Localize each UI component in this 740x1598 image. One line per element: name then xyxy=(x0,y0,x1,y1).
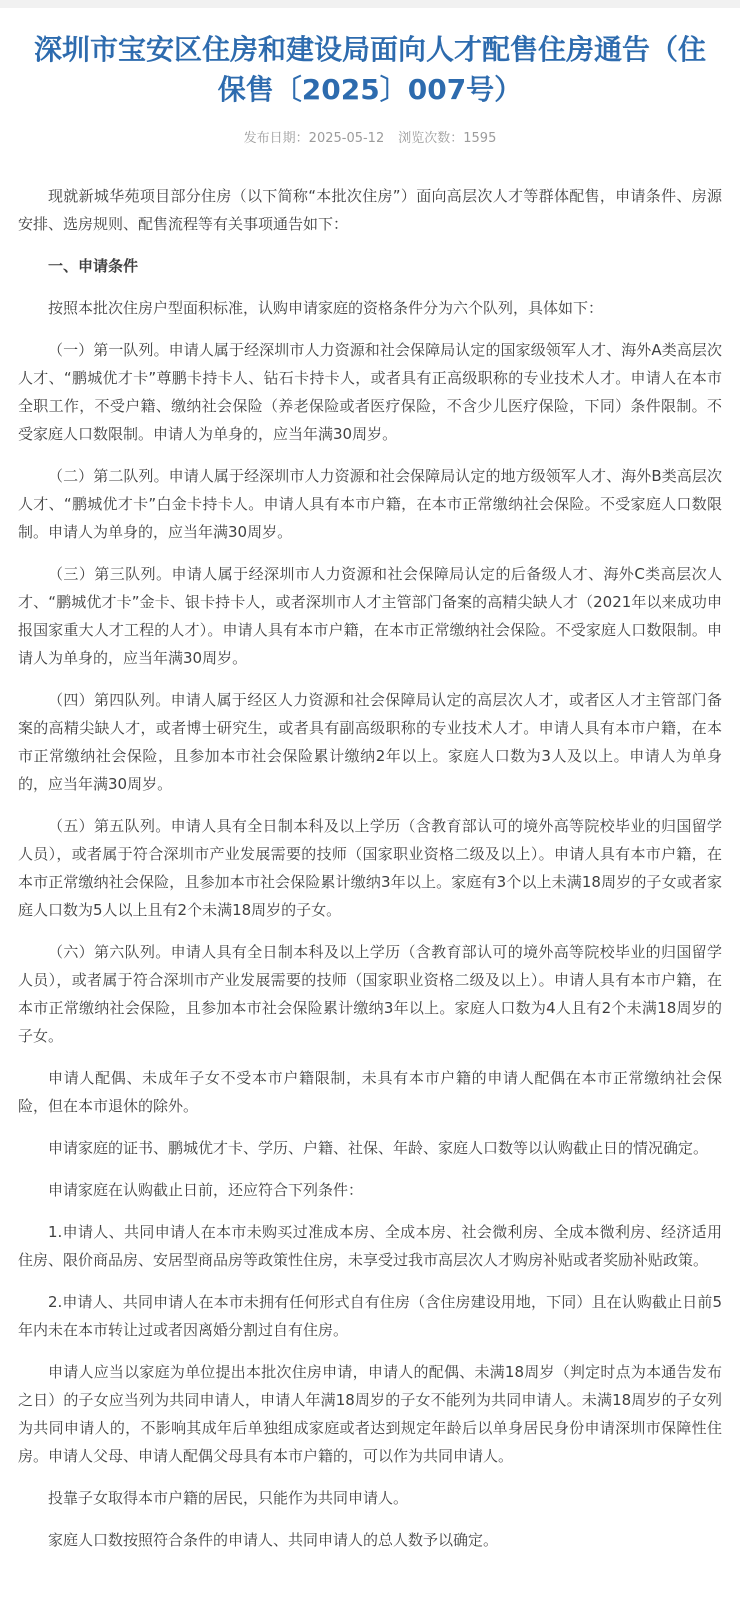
paragraph: 申请家庭的证书、鹏城优才卡、学历、户籍、社保、年龄、家庭人口数等以认购截止日的情… xyxy=(18,1134,722,1162)
paragraph: 家庭人口数按照符合条件的申请人、共同申请人的总人数予以确定。 xyxy=(18,1526,722,1554)
paragraph: （二）第二队列。申请人属于经深圳市人力资源和社会保障局认定的地方级领军人才、海外… xyxy=(18,462,722,546)
paragraph: （六）第六队列。申请人具有全日制本科及以上学历（含教育部认可的境外高等院校毕业的… xyxy=(18,938,722,1050)
paragraph: 1.申请人、共同申请人在本市未购买过准成本房、全成本房、社会微利房、全成本微利房… xyxy=(18,1218,722,1274)
views-count: 1595 xyxy=(463,131,496,146)
publish-date-value: 2025-05-12 xyxy=(309,131,385,146)
notice-document: 深圳市宝安区住房和建设局面向人才配售住房通告（住保售〔2025〕007号） 发布… xyxy=(0,30,740,1598)
article-body: 现就新城华苑项目部分住房（以下简称“本批次住房”）面向高层次人才等群体配售，申请… xyxy=(18,162,722,1554)
publish-date-label: 发布日期： xyxy=(244,131,309,146)
page-top-edge xyxy=(0,0,740,8)
page-title: 深圳市宝安区住房和建设局面向人才配售住房通告（住保售〔2025〕007号） xyxy=(32,30,708,110)
paragraph: 申请人应当以家庭为单位提出本批次住房申请，申请人的配偶、未满18周岁（判定时点为… xyxy=(18,1358,722,1470)
meta-line: 发布日期：2025-05-12浏览次数：1595 xyxy=(18,130,722,148)
paragraph: （四）第四队列。申请人属于经区人力资源和社会保障局认定的高层次人才，或者区人才主… xyxy=(18,686,722,798)
paragraph: 按照本批次住房户型面积标准，认购申请家庭的资格条件分为六个队列，具体如下： xyxy=(18,294,722,322)
paragraph: 2.申请人、共同申请人在本市未拥有任何形式自有住房（含住房建设用地，下同）且在认… xyxy=(18,1288,722,1344)
paragraph: （一）第一队列。申请人属于经深圳市人力资源和社会保障局认定的国家级领军人才、海外… xyxy=(18,336,722,448)
paragraph: 现就新城华苑项目部分住房（以下简称“本批次住房”）面向高层次人才等群体配售，申请… xyxy=(18,182,722,238)
paragraph: 申请人配偶、未成年子女不受本市户籍限制，未具有本市户籍的申请人配偶在本市正常缴纳… xyxy=(18,1064,722,1120)
paragraph: 申请家庭在认购截止日前，还应符合下列条件： xyxy=(18,1176,722,1204)
section-heading: 一、申请条件 xyxy=(18,252,722,280)
views-label: 浏览次数： xyxy=(398,131,463,146)
paragraph: 投靠子女取得本市户籍的居民，只能作为共同申请人。 xyxy=(18,1484,722,1512)
paragraph: （三）第三队列。申请人属于经深圳市人力资源和社会保障局认定的后备级人才、海外C类… xyxy=(18,560,722,672)
paragraph: （五）第五队列。申请人具有全日制本科及以上学历（含教育部认可的境外高等院校毕业的… xyxy=(18,812,722,924)
